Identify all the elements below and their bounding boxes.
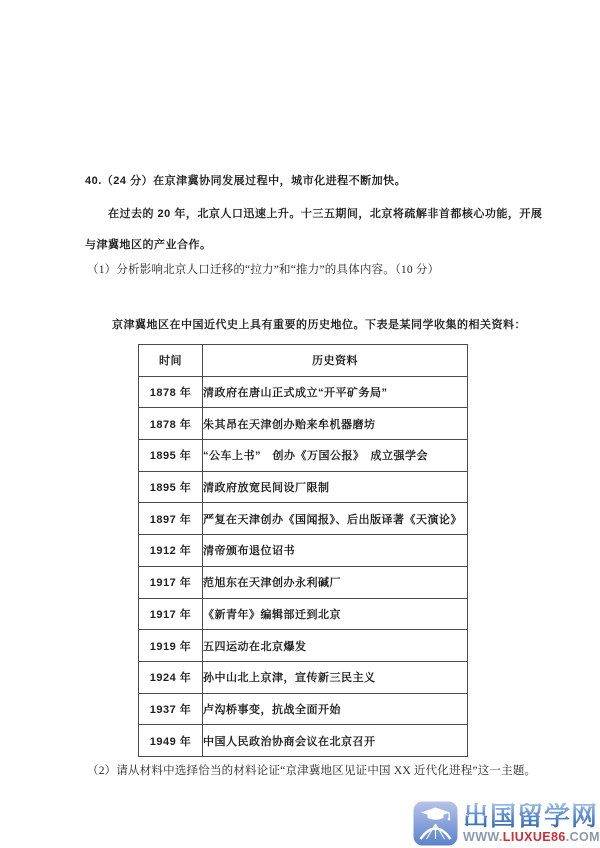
year-cell: 1917 年 (139, 598, 203, 630)
material-cell: 中国人民政治协商会议在北京召开 (203, 725, 468, 757)
year-cell: 1878 年 (139, 376, 203, 408)
table-row: 1878 年 清政府在唐山正式成立“开平矿务局” (139, 376, 468, 408)
liuxue86-watermark: 出国留学网 WWW.LIUXUE86.COM (413, 801, 600, 846)
question-40-heading: 40.（24 分）在京津冀协同发展过程中，城市化进程不断加快。 (85, 172, 406, 188)
watermark-url-domain: LIUXUE86 (503, 830, 566, 844)
year-cell: 1897 年 (139, 503, 203, 535)
table-row: 1937 年 卢沟桥事变，抗战全面开始 (139, 693, 468, 725)
history-materials-table: 时间 历史资料 1878 年 清政府在唐山正式成立“开平矿务局” 1878 年 … (138, 344, 468, 757)
year-cell: 1895 年 (139, 440, 203, 472)
material-cell: 五四运动在北京爆发 (203, 630, 468, 662)
year-cell: 1949 年 (139, 725, 203, 757)
year-cell: 1912 年 (139, 535, 203, 567)
watermark-url-prefix: WWW. (463, 830, 503, 844)
table-row: 1912 年 清帝颁布退位诏书 (139, 535, 468, 567)
table-header-time: 时间 (139, 345, 203, 377)
material-cell: 《新青年》编辑部迁到北京 (203, 598, 468, 630)
table-row: 1924 年 孙中山北上京津，宣传新三民主义 (139, 661, 468, 693)
sub-question-1: （1）分析影响北京人口迁移的“拉力”和“推力”的具体内容。（10 分） (87, 261, 439, 277)
year-cell: 1924 年 (139, 661, 203, 693)
table-intro-text: 京津冀地区在中国近代史上具有重要的历史地位。下表是某同学收集的相关资料： (112, 316, 526, 332)
sub-question-2: （2）请从材料中选择恰当的材料论证“京津冀地区见证中国 XX 近代化进程”这一主… (87, 762, 536, 778)
year-cell: 1937 年 (139, 693, 203, 725)
material-cell: 孙中山北上京津，宣传新三民主义 (203, 661, 468, 693)
material-cell: 朱其昂在天津创办贻来牟机器磨坊 (203, 408, 468, 440)
background-paragraph-line-1: 在过去的 20 年，北京人口迅速上升。十三五期间，北京将疏解非首都核心功能，开展 (108, 205, 542, 221)
material-cell: 卢沟桥事变，抗战全面开始 (203, 693, 468, 725)
material-cell: “公车上书” 创办《万国公报》 成立强学会 (203, 440, 468, 472)
material-cell: 清帝颁布退位诏书 (203, 535, 468, 567)
watermark-text-block: 出国留学网 WWW.LIUXUE86.COM (463, 803, 600, 844)
material-cell: 清政府放宽民间设厂限制 (203, 471, 468, 503)
background-paragraph-line-2: 与津冀地区的产业合作。 (85, 236, 212, 252)
table-row: 1878 年 朱其昂在天津创办贻来牟机器磨坊 (139, 408, 468, 440)
table-header-row: 时间 历史资料 (139, 345, 468, 377)
material-cell: 严复在天津创办《国闻报》、后出版译著《天演论》 (203, 503, 468, 535)
watermark-url: WWW.LIUXUE86.COM (463, 831, 600, 844)
year-cell: 1919 年 (139, 630, 203, 662)
graduation-cap-logo-icon (413, 801, 458, 846)
table-row: 1917 年 《新青年》编辑部迁到北京 (139, 598, 468, 630)
table-row: 1919 年 五四运动在北京爆发 (139, 630, 468, 662)
table-row: 1895 年 清政府放宽民间设厂限制 (139, 471, 468, 503)
year-cell: 1917 年 (139, 566, 203, 598)
table-row: 1917 年 范旭东在天津创办永利碱厂 (139, 566, 468, 598)
table-row: 1897 年 严复在天津创办《国闻报》、后出版译著《天演论》 (139, 503, 468, 535)
table-row: 1949 年 中国人民政治协商会议在北京召开 (139, 725, 468, 757)
watermark-url-suffix: .COM (566, 830, 600, 844)
table-header-material: 历史资料 (203, 345, 468, 377)
year-cell: 1895 年 (139, 471, 203, 503)
material-cell: 范旭东在天津创办永利碱厂 (203, 566, 468, 598)
table-row: 1895 年 “公车上书” 创办《万国公报》 成立强学会 (139, 440, 468, 472)
material-cell: 清政府在唐山正式成立“开平矿务局” (203, 376, 468, 408)
exam-document-page: 40.（24 分）在京津冀协同发展过程中，城市化进程不断加快。 在过去的 20 … (0, 0, 600, 848)
year-cell: 1878 年 (139, 408, 203, 440)
watermark-site-name: 出国留学网 (463, 803, 600, 829)
